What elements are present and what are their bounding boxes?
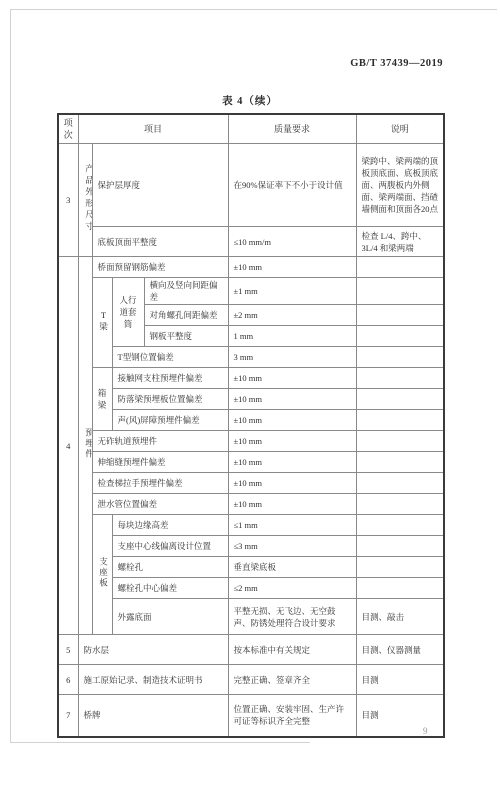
table-row: 防落梁预埋板位置偏差 ±10 mm <box>58 389 444 410</box>
item-cell: T型钢位置偏差 <box>112 347 228 368</box>
note-cell <box>356 494 444 515</box>
table-row: 箱梁 接触网支柱预埋件偏差 ±10 mm <box>58 368 444 389</box>
note-cell: 梁跨中、梁两端的顶板顶底面、底板顶底面、两腹板内外侧面、梁两端面、挡碴墙侧面和顶… <box>356 144 444 227</box>
group-label: 支座板 <box>92 515 112 635</box>
table-row: 无砟轨道预埋件 ±10 mm <box>58 431 444 452</box>
scan-edge-bottom <box>10 742 310 743</box>
item-cell: 检查梯拉手预埋件偏差 <box>92 473 228 494</box>
note-cell <box>356 257 444 278</box>
note-cell: 目测 <box>356 695 444 737</box>
quality-cell: ≤10 mm/m <box>228 227 356 257</box>
item-cell: 对角螺孔间距偏差 <box>144 305 228 326</box>
row-index: 4 <box>58 257 78 635</box>
standard-number: GB/T 37439—2019 <box>350 58 443 69</box>
quality-cell: ≤3 mm <box>228 536 356 557</box>
quality-cell: ±10 mm <box>228 452 356 473</box>
note-cell <box>356 410 444 431</box>
item-cell: 无砟轨道预埋件 <box>92 431 228 452</box>
note-cell <box>356 305 444 326</box>
item-cell: 防水层 <box>78 635 228 665</box>
row-index: 6 <box>58 665 78 695</box>
quality-cell: 位置正确、安装牢固、生产许可证等标识齐全完整 <box>228 695 356 737</box>
quality-cell: ±10 mm <box>228 368 356 389</box>
note-cell: 目测 <box>356 665 444 695</box>
note-cell <box>356 452 444 473</box>
table-row: 检查梯拉手预埋件偏差 ±10 mm <box>58 473 444 494</box>
category-label: 预埋件 <box>78 257 92 635</box>
table-row: 支座中心线偏离设计位置 ≤3 mm <box>58 536 444 557</box>
quality-cell: 在90%保证率下不小于设计值 <box>228 144 356 227</box>
category-label: 产品外形尺寸 <box>78 144 92 257</box>
quality-requirements-table: 项次 项目 质量要求 说明 3 产品外形尺寸 保护层厚度 在90%保证率下不小于… <box>57 113 445 738</box>
item-cell: 声(风)屏障预埋件偏差 <box>112 410 228 431</box>
table-row: 螺栓孔 垂直梁底板 <box>58 557 444 578</box>
item-cell: 伸缩缝预埋件偏差 <box>92 452 228 473</box>
scan-edge-top <box>10 9 497 10</box>
item-cell: 桥牌 <box>78 695 228 737</box>
item-cell: 防落梁预埋板位置偏差 <box>112 389 228 410</box>
header-index: 项次 <box>58 114 78 144</box>
item-cell: 横向及竖向间距偏差 <box>144 278 228 305</box>
quality-cell: 平整无损、无飞边、无空鼓声、防锈处理符合设计要求 <box>228 599 356 635</box>
item-cell: 钢板平整度 <box>144 326 228 347</box>
item-cell: 螺栓孔 <box>112 557 228 578</box>
table-header-row: 项次 项目 质量要求 说明 <box>58 114 444 144</box>
quality-cell: 完整正确、签章齐全 <box>228 665 356 695</box>
item-cell: 接触网支柱预埋件偏差 <box>112 368 228 389</box>
quality-cell: ±10 mm <box>228 473 356 494</box>
subgroup-label: 人行道套筒 <box>112 278 144 347</box>
table-title: 表 4（续） <box>0 93 500 108</box>
table-row: 伸缩缝预埋件偏差 ±10 mm <box>58 452 444 473</box>
note-cell <box>356 536 444 557</box>
quality-cell: ±10 mm <box>228 257 356 278</box>
note-cell <box>356 278 444 305</box>
table-row: 7 桥牌 位置正确、安装牢固、生产许可证等标识齐全完整 目测 <box>58 695 444 737</box>
header-note: 说明 <box>356 114 444 144</box>
group-label: 箱梁 <box>92 368 112 431</box>
quality-cell: ≤2 mm <box>228 578 356 599</box>
table-row: 3 产品外形尺寸 保护层厚度 在90%保证率下不小于设计值 梁跨中、梁两端的顶板… <box>58 144 444 227</box>
category-label-text: 产品外形尺寸 <box>84 164 93 233</box>
item-cell: 每块边缘高差 <box>112 515 228 536</box>
table-row: T梁 人行道套筒 横向及竖向间距偏差 ±1 mm <box>58 278 444 305</box>
table-row: 螺栓孔中心偏差 ≤2 mm <box>58 578 444 599</box>
table-row: 外露底面 平整无损、无飞边、无空鼓声、防锈处理符合设计要求 目测、敲击 <box>58 599 444 635</box>
note-cell <box>356 557 444 578</box>
note-cell <box>356 515 444 536</box>
table-row: 底板顶面平整度 ≤10 mm/m 检查 L/4、跨中、3L/4 和梁两端 <box>58 227 444 257</box>
header-quality: 质量要求 <box>228 114 356 144</box>
note-cell <box>356 368 444 389</box>
item-cell: 桥面预留钢筋偏差 <box>92 257 228 278</box>
row-index: 3 <box>58 144 78 257</box>
quality-cell: ±10 mm <box>228 494 356 515</box>
note-cell <box>356 431 444 452</box>
quality-cell: ±10 mm <box>228 389 356 410</box>
quality-cell: ≤1 mm <box>228 515 356 536</box>
item-cell: 外露底面 <box>112 599 228 635</box>
header-item: 项目 <box>78 114 228 144</box>
row-index: 5 <box>58 635 78 665</box>
quality-cell: 3 mm <box>228 347 356 368</box>
page-number: 9 <box>423 726 428 736</box>
note-cell: 检查 L/4、跨中、3L/4 和梁两端 <box>356 227 444 257</box>
note-cell: 目测、敲击 <box>356 599 444 635</box>
item-cell: 施工原始记录、制造技术证明书 <box>78 665 228 695</box>
group-label: T梁 <box>92 278 112 368</box>
item-cell: 支座中心线偏离设计位置 <box>112 536 228 557</box>
quality-cell: 垂直梁底板 <box>228 557 356 578</box>
quality-cell: ±1 mm <box>228 278 356 305</box>
table-row: 6 施工原始记录、制造技术证明书 完整正确、签章齐全 目测 <box>58 665 444 695</box>
table-row: 5 防水层 按本标准中有关规定 目测、仪器测量 <box>58 635 444 665</box>
quality-cell: ±2 mm <box>228 305 356 326</box>
group-label-text: T梁 <box>98 310 109 333</box>
table-row: 声(风)屏障预埋件偏差 ±10 mm <box>58 410 444 431</box>
category-label-text: 预埋件 <box>84 428 93 460</box>
item-cell: 泄水管位置偏差 <box>92 494 228 515</box>
table-row: 4 预埋件 桥面预留钢筋偏差 ±10 mm <box>58 257 444 278</box>
note-cell <box>356 347 444 368</box>
scan-edge-left <box>10 9 11 743</box>
item-cell: 保护层厚度 <box>92 144 228 227</box>
quality-cell: ±10 mm <box>228 431 356 452</box>
quality-cell: ±10 mm <box>228 410 356 431</box>
table-row: T型钢位置偏差 3 mm <box>58 347 444 368</box>
table-row: 泄水管位置偏差 ±10 mm <box>58 494 444 515</box>
note-cell <box>356 389 444 410</box>
item-cell: 螺栓孔中心偏差 <box>112 578 228 599</box>
note-cell <box>356 473 444 494</box>
group-label-text: 支座板 <box>98 557 109 589</box>
item-cell: 底板顶面平整度 <box>92 227 228 257</box>
row-index: 7 <box>58 695 78 737</box>
table-row: 支座板 每块边缘高差 ≤1 mm <box>58 515 444 536</box>
quality-cell: 按本标准中有关规定 <box>228 635 356 665</box>
note-cell: 目测、仪器测量 <box>356 635 444 665</box>
quality-cell: 1 mm <box>228 326 356 347</box>
note-cell <box>356 578 444 599</box>
note-cell <box>356 326 444 347</box>
